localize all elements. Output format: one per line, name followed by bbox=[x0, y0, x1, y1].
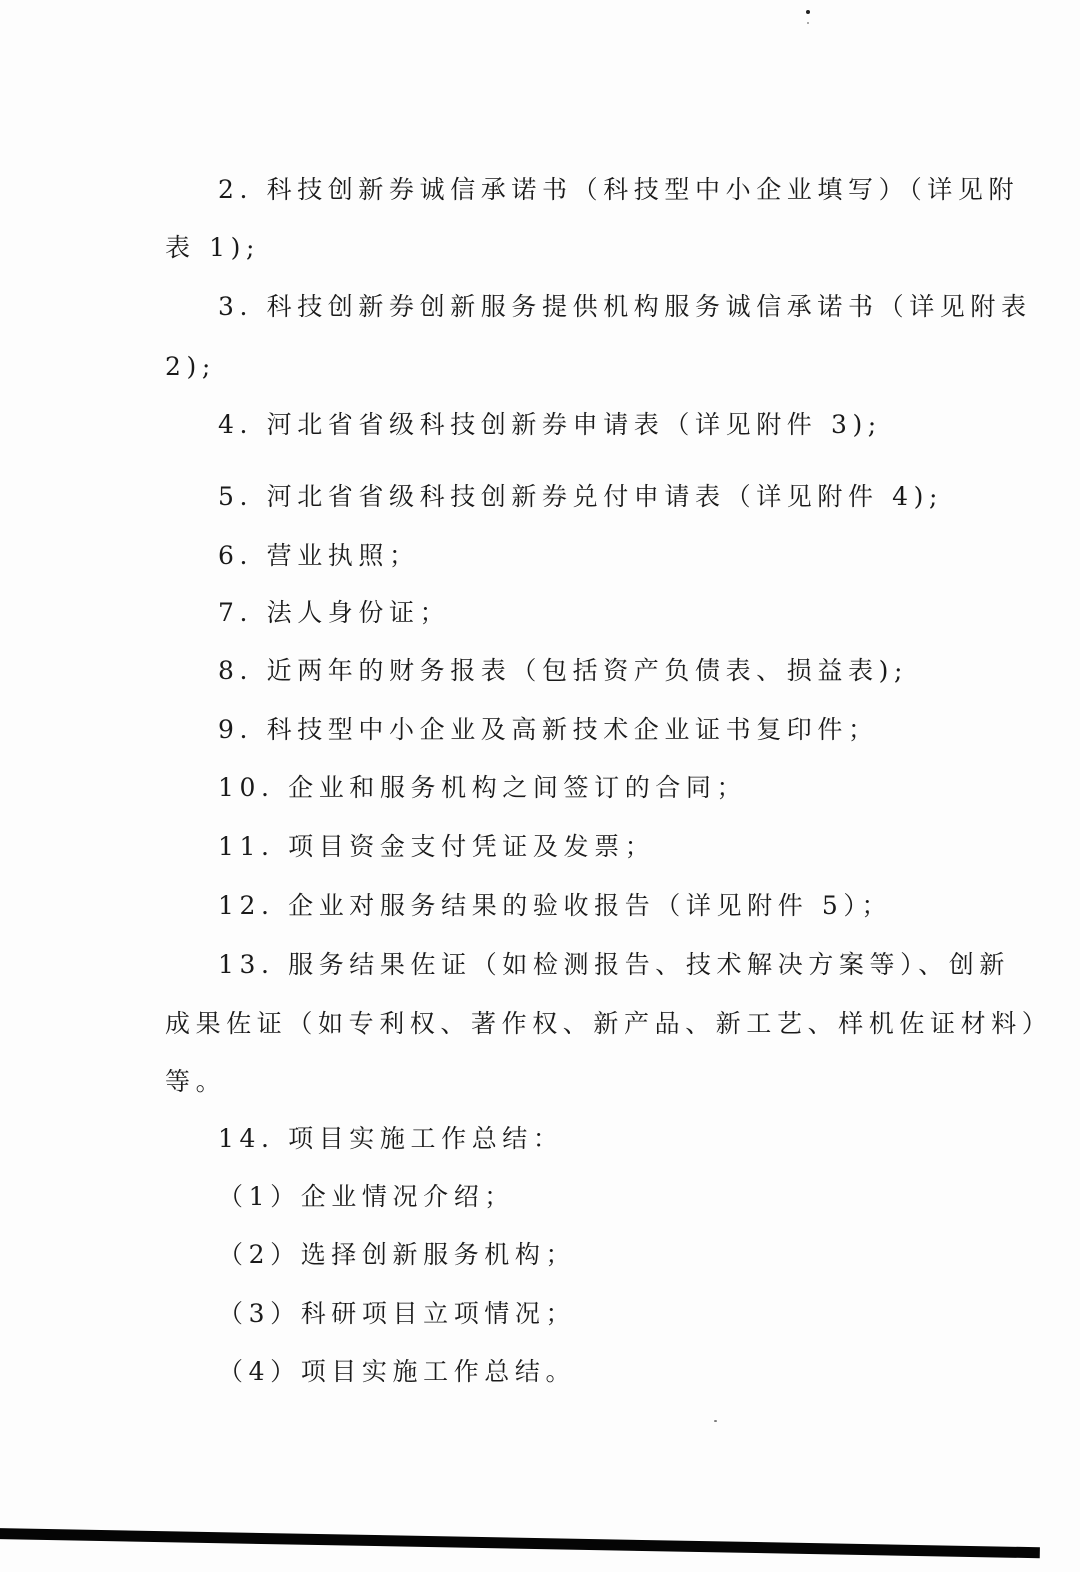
scan-speck bbox=[714, 1420, 717, 1422]
list-item-12: 12. 企业对服务结果的验收报告（详见附件 5）； bbox=[218, 890, 892, 922]
scan-edge-bar bbox=[0, 1528, 1040, 1558]
list-item-2-line-1: 2. 科技创新券诚信承诺书（科技型中小企业填写）（详见附 bbox=[218, 174, 1019, 206]
sub-item-14-1: （1）企业情况介绍； bbox=[218, 1181, 515, 1213]
sub-item-14-3: （3）科研项目立项情况； bbox=[218, 1298, 576, 1330]
sub-item-14-4: （4）项目实施工作总结。 bbox=[218, 1356, 576, 1388]
list-item-11: 11. 项目资金支付凭证及发票； bbox=[218, 831, 655, 863]
list-item-13-line-3: 等。 bbox=[165, 1066, 226, 1098]
list-item-5: 5. 河北省省级科技创新券兑付申请表（详见附件 4); bbox=[218, 481, 943, 513]
scanned-document-page: 2. 科技创新券诚信承诺书（科技型中小企业填写）（详见附 表 1); 3. 科技… bbox=[0, 0, 1080, 1572]
list-item-13-line-1: 13. 服务结果佐证（如检测报告、技术解决方案等）、创新 bbox=[218, 949, 1010, 981]
list-item-13-line-2: 成果佐证（如专利权、著作权、新产品、新工艺、样机佐证材料） bbox=[165, 1008, 1052, 1040]
scan-speck bbox=[807, 22, 809, 24]
list-item-10: 10. 企业和服务机构之间签订的合同； bbox=[218, 772, 747, 804]
sub-item-14-2: （2）选择创新服务机构； bbox=[218, 1239, 576, 1271]
list-item-7: 7. 法人身份证； bbox=[218, 597, 450, 629]
list-item-6: 6. 营业执照； bbox=[218, 540, 420, 572]
list-item-9: 9. 科技型中小企业及高新技术企业证书复印件； bbox=[218, 714, 879, 746]
list-item-4: 4. 河北省省级科技创新券申请表（详见附件 3); bbox=[218, 409, 882, 441]
list-item-3-line-1: 3. 科技创新券创新服务提供机构服务诚信承诺书（详见附表 bbox=[218, 291, 1032, 323]
list-item-2-line-2: 表 1); bbox=[165, 232, 260, 264]
list-item-8: 8. 近两年的财务报表（包括资产负债表、损益表); bbox=[218, 655, 908, 687]
scan-speck bbox=[806, 10, 810, 14]
list-item-3-line-2: 2); bbox=[165, 351, 216, 383]
list-item-14: 14. 项目实施工作总结： bbox=[218, 1123, 564, 1155]
